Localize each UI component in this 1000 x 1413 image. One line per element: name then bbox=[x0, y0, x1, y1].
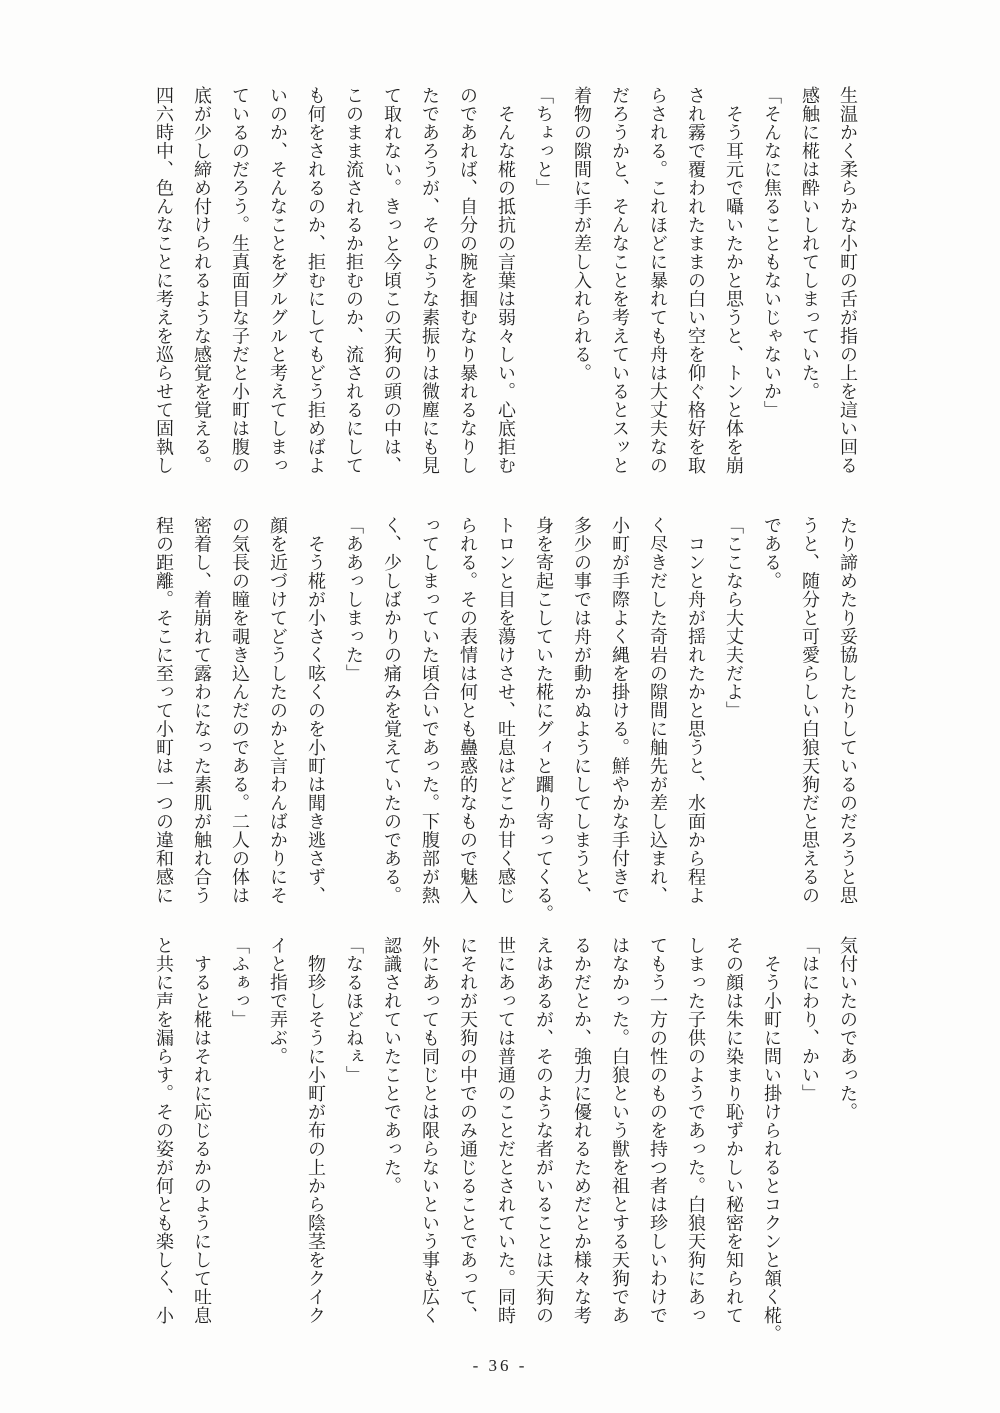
text-line: そう耳元で囁いたかと思うと、トンと体を崩 bbox=[715, 86, 753, 470]
text-line: イと指で弄ぶ。 bbox=[259, 936, 297, 1320]
text-line: のであれば、自分の腕を掴むなり暴れるなりし bbox=[449, 86, 487, 470]
text-line: 顔を近づけてどうしたのかと言わんばかりにそ bbox=[259, 516, 297, 898]
text-line: いのか、そんなことをグルグルと考えてしまっ bbox=[259, 86, 297, 470]
text-line: このまま流されるか拒むのか、流されるにして bbox=[335, 86, 373, 470]
text-line: 外にあっても同じとは限らないという事も広く bbox=[411, 936, 449, 1320]
text-line: 身を寄起こしていた椛にグィと躙り寄ってくる。 bbox=[525, 516, 563, 898]
text-line: そう小町に問い掛けられるとコクンと頷く椛。 bbox=[753, 936, 791, 1320]
text-line: てもう一方の性のものを持つ者は珍しいわけで bbox=[639, 936, 677, 1320]
text-line: である。 bbox=[753, 516, 791, 898]
text-line: 「ああっしまった」 bbox=[335, 516, 373, 898]
text-line: 着物の隙間に手が差し入れられる。 bbox=[563, 86, 601, 470]
text-line: ってしまっていた頃合いであった。下腹部が熱 bbox=[411, 516, 449, 898]
text-line: 底が少し締め付けられるような感覚を覚える。 bbox=[183, 86, 221, 470]
text-line: そんな椛の抵抗の言葉は弱々しい。心底拒む bbox=[487, 86, 525, 470]
text-line: そう椛が小さく呟くのを小町は聞き逃さず、 bbox=[297, 516, 335, 898]
text-line: はなかった。白狼という獣を祖とする天狗であ bbox=[601, 936, 639, 1320]
text-line: にそれが天狗の中でのみ通じることであって、 bbox=[449, 936, 487, 1320]
text-line: 四六時中、色んなことに考えを巡らせて固執し bbox=[145, 86, 183, 470]
text-line: だろうかと、そんなことを考えているとスッと bbox=[601, 86, 639, 470]
page-number: - 36 - bbox=[0, 1356, 1000, 1376]
text-line: 認識されていたことであった。 bbox=[373, 936, 411, 1320]
text-line: その顔は朱に染まり恥ずかしい秘密を知られて bbox=[715, 936, 753, 1320]
text-line: トロンと目を蕩けさせ、吐息はどこか甘く感じ bbox=[487, 516, 525, 898]
text-line: 程の距離。そこに至って小町は一つの違和感に bbox=[145, 516, 183, 898]
text-line: て取れない。きっと今頃この天狗の頭の中は、 bbox=[373, 86, 411, 470]
text-line: たり諦めたり妥協したりしているのだろうと思 bbox=[829, 516, 867, 898]
text-line: も何をされるのか、拒むにしてもどう拒めばよ bbox=[297, 86, 335, 470]
text-line: 「ふぁっ」 bbox=[221, 936, 259, 1320]
text-line: 「ちょっと」 bbox=[525, 86, 563, 470]
text-line: 気付いたのであった。 bbox=[829, 936, 867, 1320]
text-line: され霧で覆われたままの白い空を仰ぐ格好を取 bbox=[677, 86, 715, 470]
text-band-top: 生温かく柔らかな小町の舌が指の上を這い回る感触に椛は酔いしれてしまっていた。「そ… bbox=[139, 86, 867, 470]
text-line: 「ここなら大丈夫だよ」 bbox=[715, 516, 753, 898]
text-line: 「はにわり、かい」 bbox=[791, 936, 829, 1320]
text-band-middle: たり諦めたり妥協したりしているのだろうと思うと、随分と可愛らしい白狼天狗だと思え… bbox=[139, 516, 867, 898]
text-band-bottom: 気付いたのであった。「はにわり、かい」 そう小町に問い掛けられるとコクンと頷く椛… bbox=[139, 936, 867, 1320]
text-line: コンと舟が揺れたかと思うと、水面から程よ bbox=[677, 516, 715, 898]
text-line: 多少の事では舟が動かぬようにしてしまうと、 bbox=[563, 516, 601, 898]
text-line: の気長の瞳を覗き込んだのである。二人の体は bbox=[221, 516, 259, 898]
text-line: らされる。これほどに暴れても舟は大丈夫なの bbox=[639, 86, 677, 470]
text-line: るかだとか、強力に優れるためだとか様々な考 bbox=[563, 936, 601, 1320]
text-line: 生温かく柔らかな小町の舌が指の上を這い回る bbox=[829, 86, 867, 470]
text-line: 密着し、着崩れて露わになった素肌が触れ合う bbox=[183, 516, 221, 898]
text-line: えはあるが、そのような者がいることは天狗の bbox=[525, 936, 563, 1320]
text-line: 感触に椛は酔いしれてしまっていた。 bbox=[791, 86, 829, 470]
text-line: 小町が手際よく縄を掛ける。鮮やかな手付きで bbox=[601, 516, 639, 898]
text-line: ているのだろう。生真面目な子だと小町は腹の bbox=[221, 86, 259, 470]
text-line: 物珍しそうに小町が布の上から陰茎をクイク bbox=[297, 936, 335, 1320]
text-line: られる。その表情は何とも蠱惑的なもので魅入 bbox=[449, 516, 487, 898]
text-line: 「なるほどねぇ」 bbox=[335, 936, 373, 1320]
text-line: 「そんなに焦ることもないじゃないか」 bbox=[753, 86, 791, 470]
text-line: うと、随分と可愛らしい白狼天狗だと思えるの bbox=[791, 516, 829, 898]
text-line: く尽きだした奇岩の隙間に舳先が差し込まれ、 bbox=[639, 516, 677, 898]
text-line: 世にあっては普通のことだとされていた。同時 bbox=[487, 936, 525, 1320]
text-line: く、少しばかりの痛みを覚えていたのである。 bbox=[373, 516, 411, 898]
text-line: しまった子供のようであった。白狼天狗にあっ bbox=[677, 936, 715, 1320]
text-line: と共に声を漏らす。その姿が何とも楽しく、小 bbox=[145, 936, 183, 1320]
text-line: すると椛はそれに応じるかのようにして吐息 bbox=[183, 936, 221, 1320]
document-page: 生温かく柔らかな小町の舌が指の上を這い回る感触に椛は酔いしれてしまっていた。「そ… bbox=[0, 0, 1000, 1413]
text-line: たであろうが、そのような素振りは微塵にも見 bbox=[411, 86, 449, 470]
